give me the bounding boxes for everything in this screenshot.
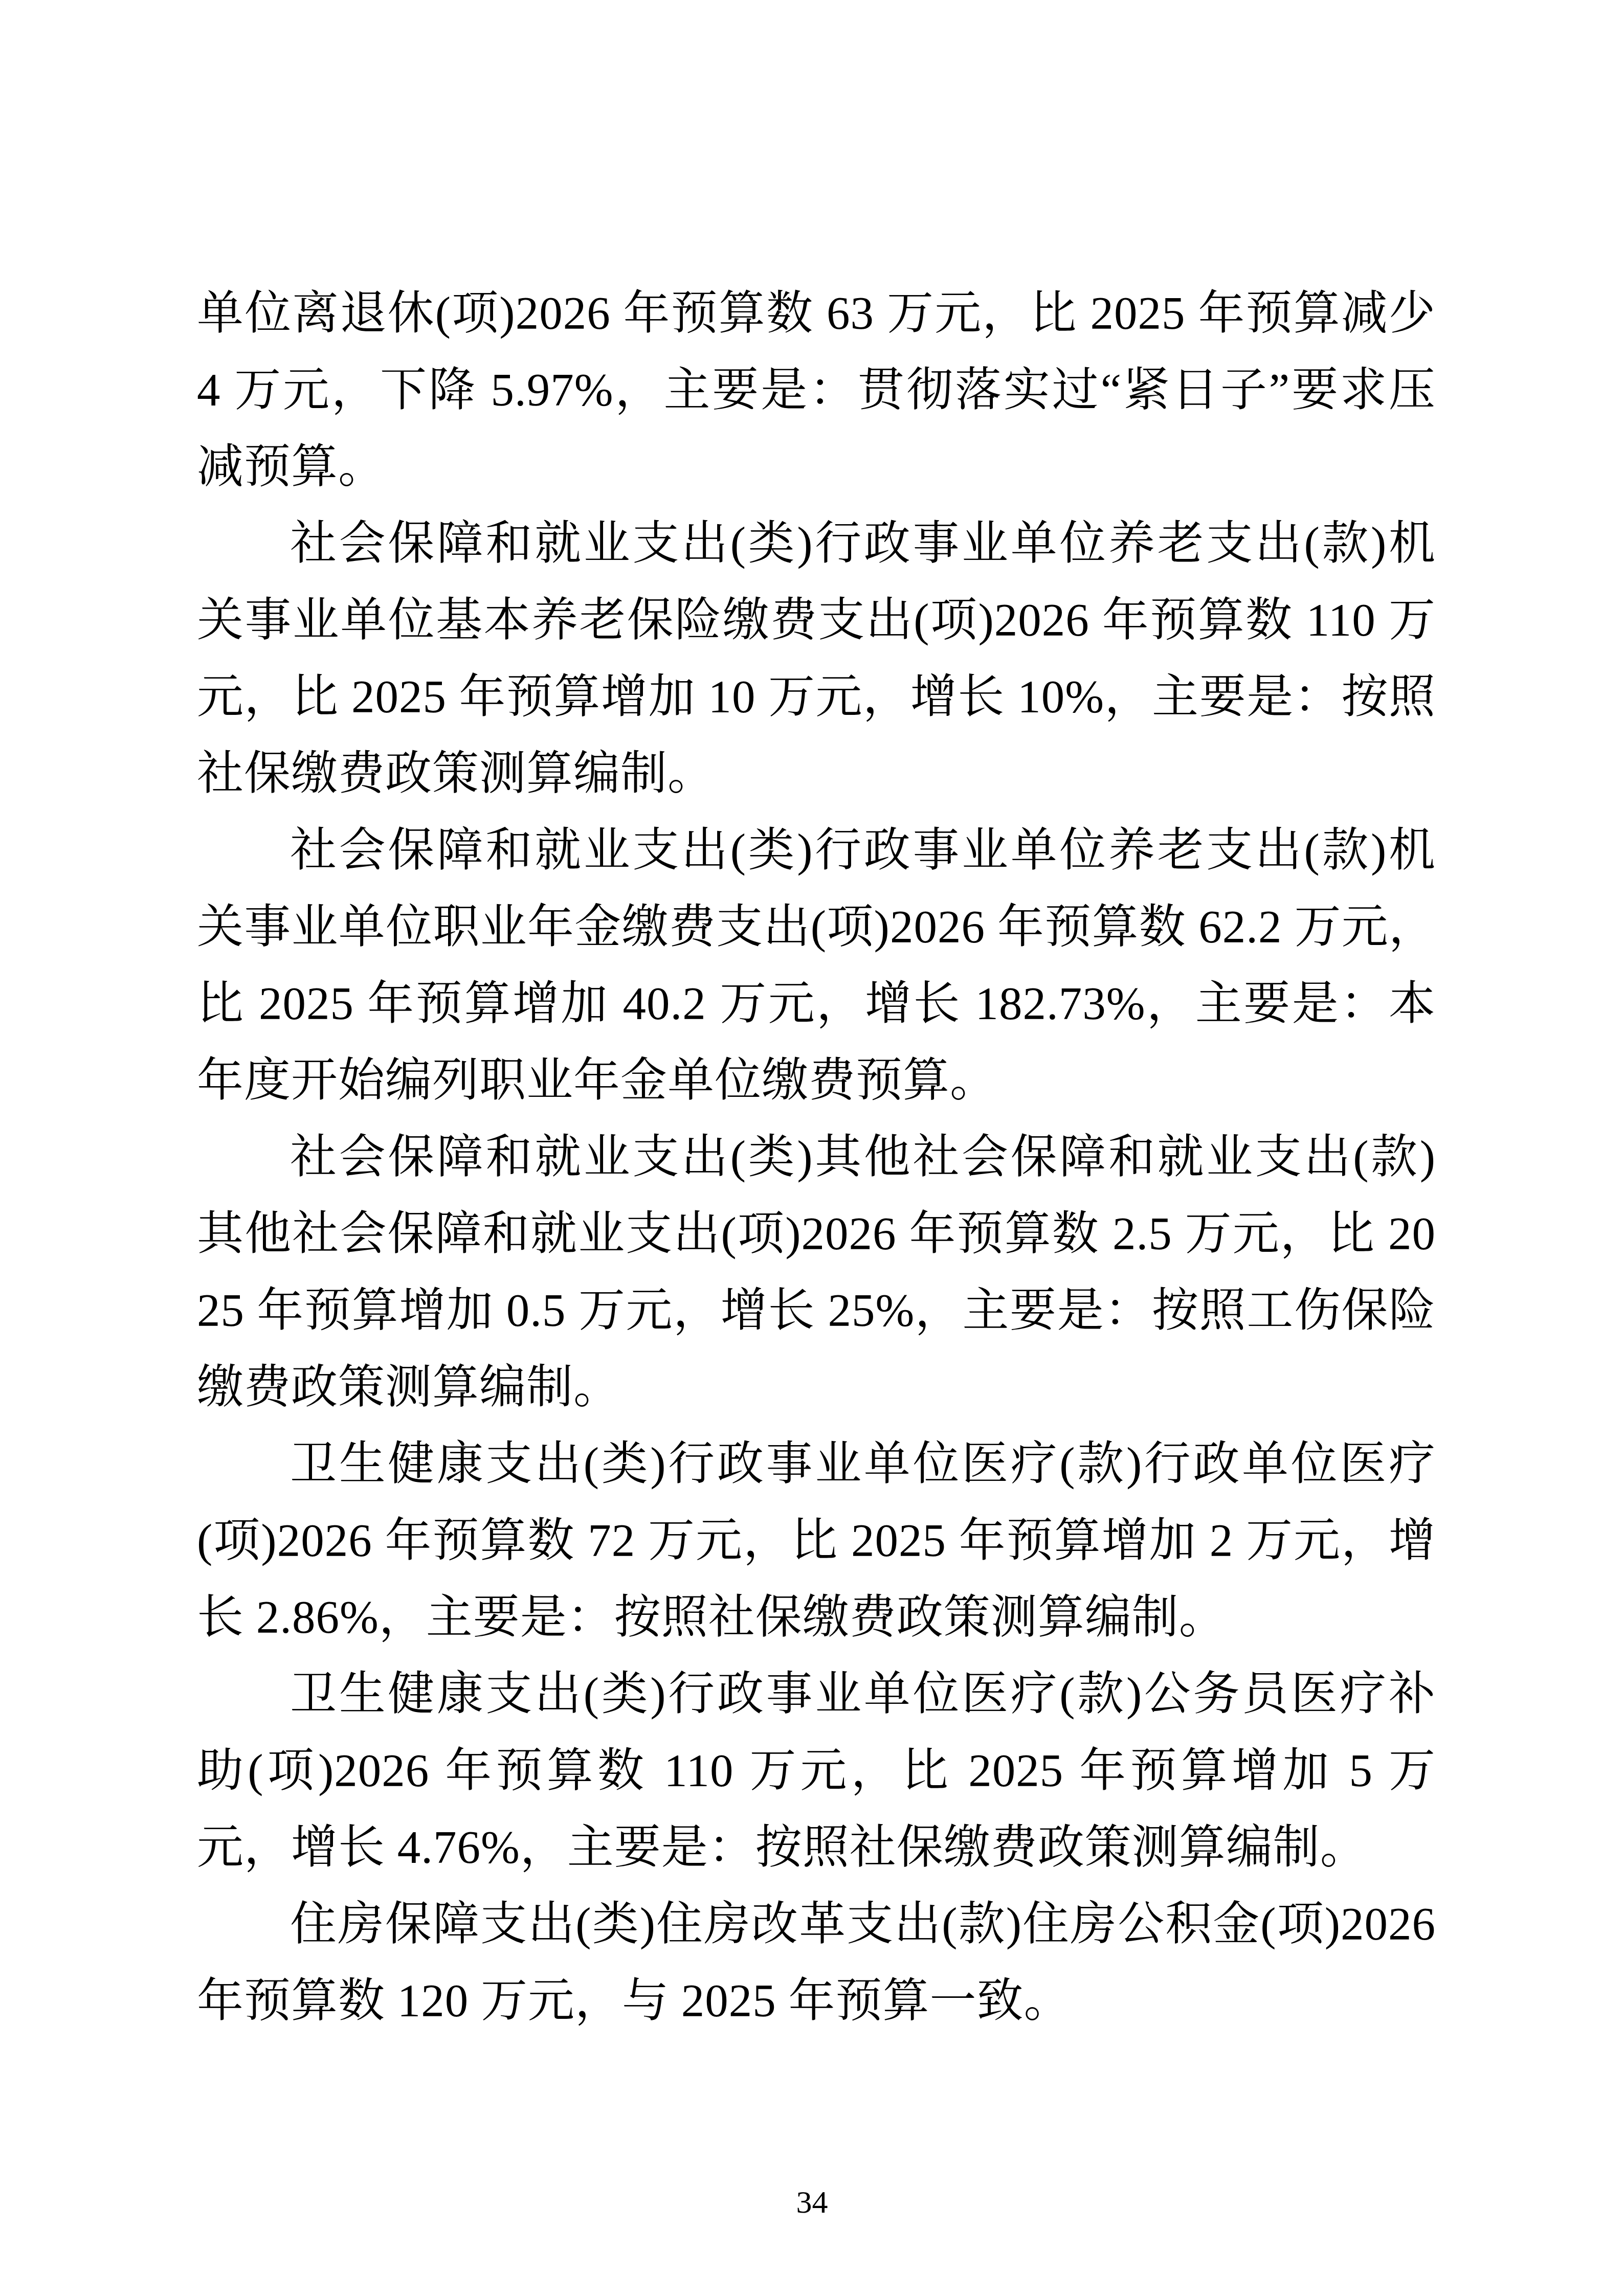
paragraph-continuation: 单位离退休(项)2026 年预算数 63 万元，比 2025 年预算减少 4 万… [197,275,1436,505]
paragraph: 社会保障和就业支出(类)其他社会保障和就业支出(款)其他社会保障和就业支出(项)… [197,1119,1436,1426]
body-text: 单位离退休(项)2026 年预算数 63 万元，比 2025 年预算减少 4 万… [197,275,1436,2039]
paragraph: 社会保障和就业支出(类)行政事业单位养老支出(款)机关事业单位职业年金缴费支出(… [197,812,1436,1119]
paragraph: 社会保障和就业支出(类)行政事业单位养老支出(款)机关事业单位基本养老保险缴费支… [197,505,1436,812]
page-number: 34 [0,2179,1624,2225]
paragraph: 卫生健康支出(类)行政事业单位医疗(款)公务员医疗补助(项)2026 年预算数 … [197,1656,1436,1886]
paragraph: 卫生健康支出(类)行政事业单位医疗(款)行政单位医疗(项)2026 年预算数 7… [197,1426,1436,1656]
document-page: 单位离退休(项)2026 年预算数 63 万元，比 2025 年预算减少 4 万… [0,0,1624,2296]
paragraph: 住房保障支出(类)住房改革支出(款)住房公积金(项)2026 年预算数 120 … [197,1886,1436,2039]
